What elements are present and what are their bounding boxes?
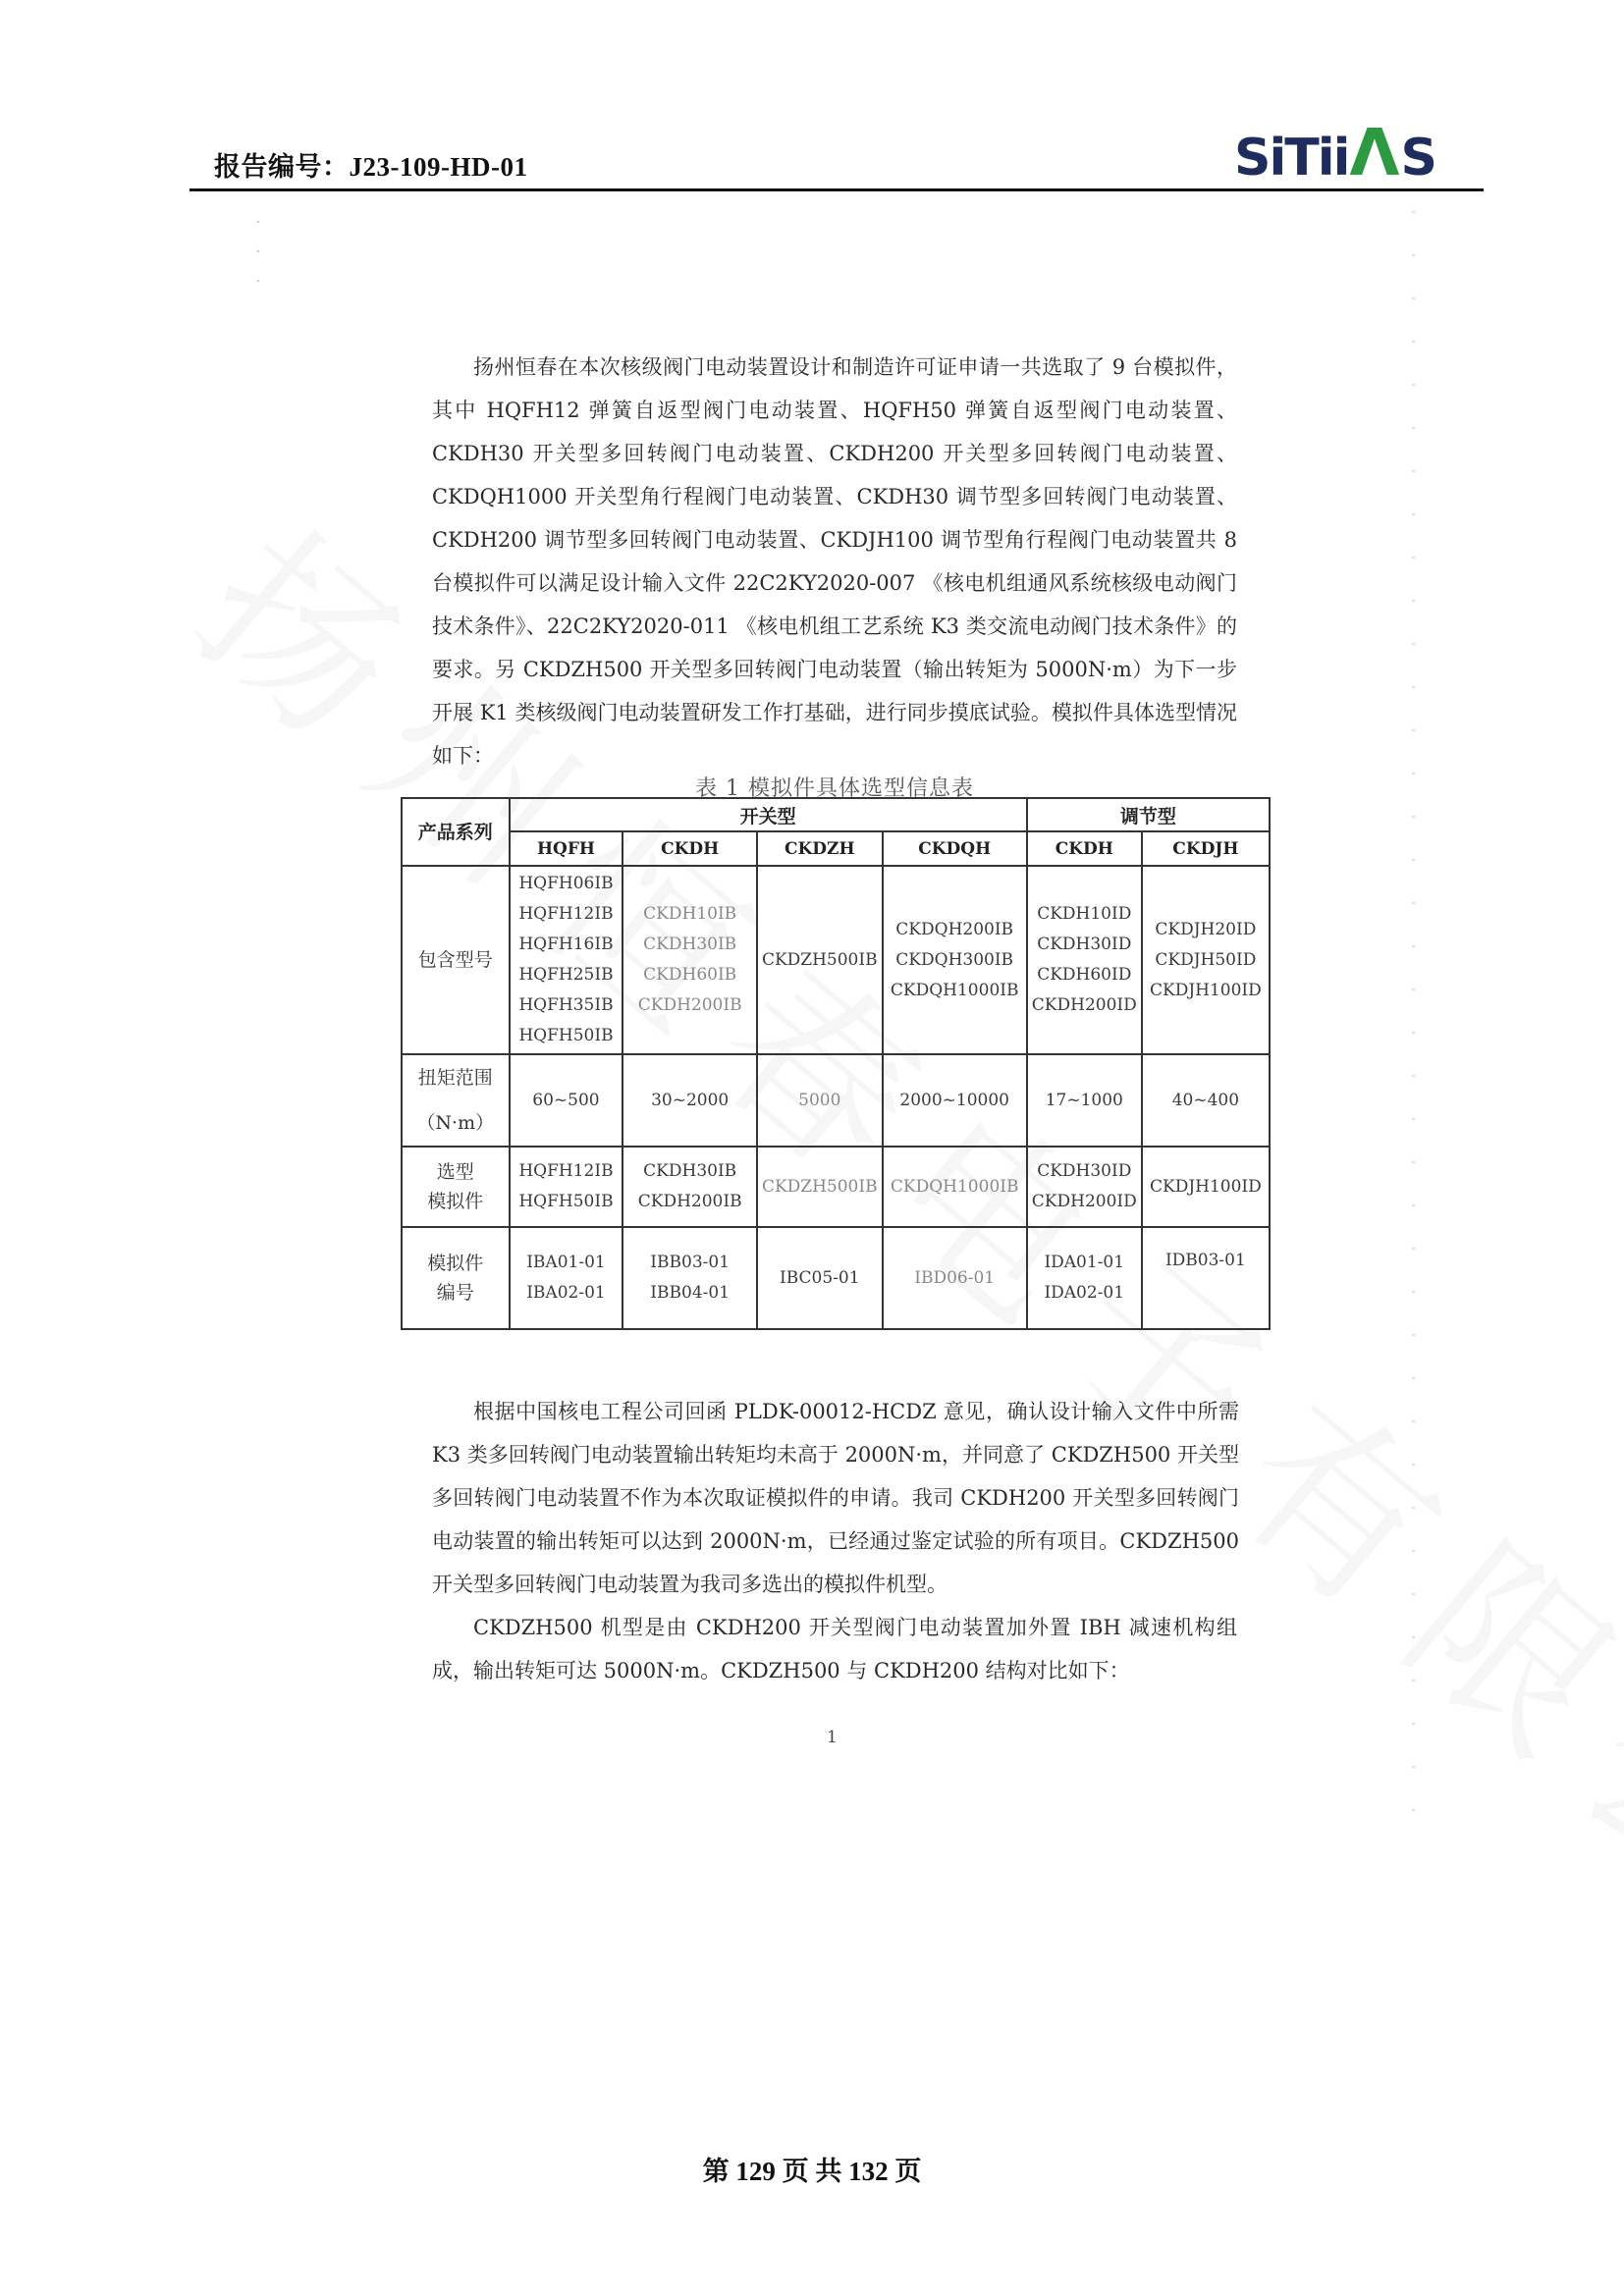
model-selection-table: 产品系列 开关型 调节型 HQFH CKDH CKDZH CKDQH CKDH … (401, 797, 1271, 1330)
series-header: CKDH (623, 831, 757, 866)
table-row: 包含型号 HQFH06IB HQFH12IB HQFH16IB HQFH25IB… (402, 866, 1270, 1054)
row-label: 选型 模拟件 (402, 1147, 510, 1227)
table-cell: 60~500 (510, 1054, 623, 1147)
table-cell: 30~2000 (623, 1054, 757, 1147)
paragraph-structure: CKDZH500 机型是由 CKDH200 开关型阀门电动装置加外置 IBH 减… (432, 1606, 1237, 1692)
table-row: 选型 模拟件 HQFH12IB HQFH50IB CKDH30IB CKDH20… (402, 1147, 1270, 1227)
page-footer: 第 129 页 共 132 页 (0, 2150, 1624, 2188)
scan-artifact (1412, 211, 1415, 1841)
paragraph-intro: 扬州恒春在本次核级阀门电动装置设计和制造许可证申请一共选取了 9 台模拟件，其中… (432, 346, 1237, 777)
table-cell: CKDJH20ID CKDJH50ID CKDJH100ID (1142, 866, 1270, 1054)
paragraph-reply: 根据中国核电工程公司回函 PLDK-00012-HCDZ 意见，确认设计输入文件… (432, 1390, 1239, 1606)
report-number: 报告编号：J23-109-HD-01 (214, 145, 527, 184)
table-cell: IBB03-01 IBB04-01 (623, 1227, 757, 1329)
table-cell: CKDH30IB CKDH200IB (623, 1147, 757, 1227)
table-cell: 40~400 (1142, 1054, 1270, 1147)
table-cell: CKDH10IB CKDH30IB CKDH60IB CKDH200IB (623, 866, 757, 1054)
table-cell: CKDQH1000IB (883, 1147, 1027, 1227)
logo-text-part3: S (1401, 133, 1435, 183)
series-header: CKDH (1027, 831, 1142, 866)
table-cell: HQFH06IB HQFH12IB HQFH16IB HQFH25IB HQFH… (510, 866, 623, 1054)
series-header: CKDQH (883, 831, 1027, 866)
series-header: CKDJH (1142, 831, 1270, 866)
row-label: 扭矩范围 （N·m） (402, 1054, 510, 1147)
table-cell: CKDH10ID CKDH30ID CKDH60ID CKDH200ID (1027, 866, 1142, 1054)
series-header: HQFH (510, 831, 623, 866)
table-cell: CKDQH200IB CKDQH300IB CKDQH1000IB (883, 866, 1027, 1054)
table-cell: 2000~10000 (883, 1054, 1027, 1147)
table-cell: IDB03-01 (1142, 1227, 1270, 1329)
table-cell: CKDZH500IB (757, 866, 883, 1054)
group-header-switch: 开关型 (510, 798, 1027, 831)
table-cell: IBD06-01 (883, 1227, 1027, 1329)
table-cell: IBA01-01 IBA02-01 (510, 1227, 623, 1329)
table-cell: CKDJH100ID (1142, 1147, 1270, 1227)
table-cell: IBC05-01 (757, 1227, 883, 1329)
group-header-regulating: 调节型 (1027, 798, 1270, 831)
table-row: 扭矩范围 （N·m） 60~500 30~2000 5000 2000~1000… (402, 1054, 1270, 1147)
table-cell: HQFH12IB HQFH50IB (510, 1147, 623, 1227)
table-cell: 17~1000 (1027, 1054, 1142, 1147)
table-cell: CKDH30ID CKDH200ID (1027, 1147, 1142, 1227)
series-header: CKDZH (757, 831, 883, 866)
inner-page-number: 1 (827, 1728, 838, 1747)
table-corner-header: 产品系列 (402, 798, 510, 866)
row-label: 模拟件 编号 (402, 1227, 510, 1329)
table-cell: 5000 (757, 1054, 883, 1147)
header-divider (189, 188, 1484, 191)
logo-text-part1: SiTii (1234, 133, 1348, 183)
table-cell: IDA01-01 IDA02-01 (1027, 1227, 1142, 1329)
logo-text-part2: Λ (1349, 124, 1399, 183)
company-logo: SiTii Λ S (1234, 122, 1435, 183)
row-label: 包含型号 (402, 866, 510, 1054)
scan-artifact (257, 221, 259, 309)
table-row: 模拟件 编号 IBA01-01 IBA02-01 IBB03-01 IBB04-… (402, 1227, 1270, 1329)
table-cell: CKDZH500IB (757, 1147, 883, 1227)
